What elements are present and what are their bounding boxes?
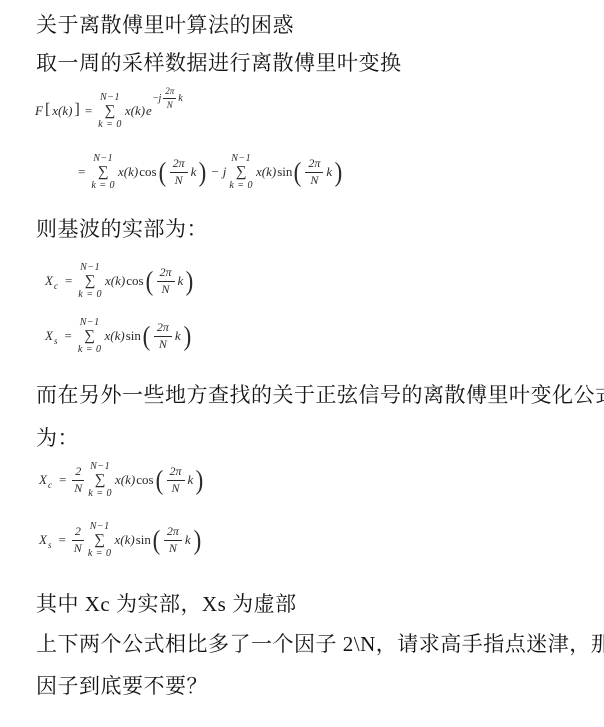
sum-upper-limit: N−1 (80, 262, 100, 274)
math-var-j: j (223, 164, 227, 180)
left-paren: ( (155, 467, 163, 494)
sigma-symbol: ∑ (236, 165, 247, 180)
fraction-2-N: 2 N (72, 465, 84, 496)
right-bracket: ] (74, 101, 79, 119)
document-page: 关于离散傅里叶算法的困惑 取一周的采样数据进行离散傅里叶变换 F [ x(k) … (0, 0, 604, 727)
math-var-xk: x(k) (105, 273, 125, 289)
right-paren: ) (183, 323, 191, 350)
sin-function: sin (136, 532, 151, 548)
equals-sign: = (58, 532, 65, 548)
xc-xs-note: 其中 Xc 为实部，Xs 为虚部 (36, 588, 297, 618)
sigma-symbol: ∑ (105, 104, 116, 119)
fraction-numerator: 2π (170, 157, 188, 173)
sigma-symbol: ∑ (98, 165, 109, 180)
summation: N−1 ∑ k = 0 (88, 521, 112, 559)
subscript-s: s (48, 540, 52, 550)
summation: N−1 ∑ k = 0 (229, 153, 253, 191)
left-bracket: [ (45, 101, 50, 119)
sum-upper-limit: N−1 (231, 153, 251, 165)
math-var-xk: x(k) (115, 472, 135, 488)
sin-function: sin (277, 164, 292, 180)
real-part-label: 则基波的实部为： (36, 213, 208, 243)
sum-lower-limit: k = 0 (78, 344, 102, 356)
fraction-denominator: N (159, 337, 167, 352)
fraction-2pi-N: 2π N (164, 525, 182, 556)
minus-sign: − (211, 164, 218, 180)
equals-sign: = (85, 103, 92, 119)
fraction-denominator: N (310, 173, 318, 188)
formula-xc: X c = N−1 ∑ k = 0 x(k) cos ( 2π N k ) (44, 262, 195, 300)
sigma-symbol: ∑ (84, 329, 95, 344)
sum-upper-limit: N−1 (80, 317, 100, 329)
fraction-denominator: N (175, 173, 183, 188)
sum-lower-limit: k = 0 (88, 488, 112, 500)
fraction-numerator: 2π (154, 321, 172, 337)
math-var-k: k (175, 328, 181, 344)
formula-xs: X s = N−1 ∑ k = 0 x(k) sin ( 2π N k ) (44, 317, 193, 355)
cos-function: cos (136, 472, 153, 488)
math-var-j: j (158, 93, 161, 104)
sigma-symbol: ∑ (94, 533, 105, 548)
equals-sign: = (65, 273, 72, 289)
fraction-numerator: 2π (164, 525, 182, 541)
subscript-c: c (54, 281, 58, 291)
question-line1: 上下两个公式相比多了一个因子 2\N，请求高手指点迷津，那个 (36, 628, 604, 658)
left-paren: ( (153, 527, 161, 554)
summation: N−1 ∑ k = 0 (78, 317, 102, 355)
math-var-X: X (39, 532, 47, 548)
sum-upper-limit: N−1 (90, 521, 110, 533)
subscript-s: s (54, 336, 58, 346)
sum-lower-limit: k = 0 (88, 548, 112, 560)
sum-lower-limit: k = 0 (78, 289, 102, 301)
math-var-xk: x(k) (118, 164, 138, 180)
formula-xc-with-factor: X c = 2 N N−1 ∑ k = 0 x(k) cos ( 2π N k … (38, 461, 205, 499)
summation: N−1 ∑ k = 0 (98, 92, 122, 130)
math-var-xk: x(k) (52, 103, 72, 119)
other-formula-text-line1: 而在另外一些地方查找的关于正弦信号的离散傅里叶变化公式 (36, 379, 604, 409)
math-var-k: k (178, 93, 182, 104)
left-paren: ( (158, 159, 166, 186)
fraction-denominator: N (74, 541, 82, 556)
fraction-2-N: 2 N (72, 525, 84, 556)
right-paren: ) (186, 268, 194, 295)
fraction-numerator: 2π (157, 266, 175, 282)
math-var-X: X (45, 273, 53, 289)
equals-sign: = (59, 472, 66, 488)
math-var-F: F (35, 103, 43, 119)
left-paren: ( (294, 159, 302, 186)
sum-upper-limit: N−1 (90, 461, 110, 473)
equals-sign: = (64, 328, 71, 344)
exponent: − j 2π N k (153, 86, 183, 110)
math-var-e: e (146, 103, 152, 119)
right-paren: ) (193, 527, 201, 554)
intro-line: 取一周的采样数据进行离散傅里叶变换 (36, 47, 402, 77)
fraction-2pi-N: 2π N (305, 157, 323, 188)
left-paren: ( (143, 323, 151, 350)
fraction-numerator: 2π (305, 157, 323, 173)
right-paren: ) (335, 159, 343, 186)
math-var-xk: x(k) (256, 164, 276, 180)
summation: N−1 ∑ k = 0 (88, 461, 112, 499)
fraction-2pi-N: 2π N (163, 86, 176, 110)
sigma-symbol: ∑ (85, 274, 96, 289)
fraction-2pi-N: 2π N (170, 157, 188, 188)
math-var-k: k (185, 532, 191, 548)
right-paren: ) (199, 159, 207, 186)
fraction-numerator: 2π (167, 465, 185, 481)
summation: N−1 ∑ k = 0 (78, 262, 102, 300)
fraction-denominator: N (169, 541, 177, 556)
math-var-k: k (326, 164, 332, 180)
math-var-k: k (188, 472, 194, 488)
right-paren: ) (196, 467, 204, 494)
math-var-k: k (191, 164, 197, 180)
cos-function: cos (139, 164, 156, 180)
summation: N−1 ∑ k = 0 (91, 153, 115, 191)
math-var-xk: x(k) (115, 532, 135, 548)
subscript-c: c (48, 480, 52, 490)
math-var-X: X (45, 328, 53, 344)
sum-upper-limit: N−1 (100, 92, 120, 104)
math-var-k: k (178, 273, 184, 289)
sigma-symbol: ∑ (95, 473, 106, 488)
sum-lower-limit: k = 0 (229, 180, 253, 192)
fraction-denominator: N (162, 282, 170, 297)
fraction-numerator: 2π (163, 86, 176, 98)
fraction-2pi-N: 2π N (157, 266, 175, 297)
left-paren: ( (145, 268, 153, 295)
sum-lower-limit: k = 0 (91, 180, 115, 192)
math-var-X: X (39, 472, 47, 488)
cos-function: cos (126, 273, 143, 289)
sum-lower-limit: k = 0 (98, 119, 122, 131)
equals-sign: = (78, 164, 85, 180)
fraction-denominator: N (74, 481, 82, 496)
fraction-2pi-N: 2π N (167, 465, 185, 496)
fraction-denominator: N (172, 481, 180, 496)
math-var-xk: x(k) (105, 328, 125, 344)
fraction-numerator: 2 (72, 525, 84, 541)
fraction-2pi-N: 2π N (154, 321, 172, 352)
page-title: 关于离散傅里叶算法的困惑 (36, 9, 294, 39)
formula-dft-definition: F [ x(k) ] = N−1 ∑ k = 0 x(k) e − j 2π N… (34, 92, 183, 130)
fraction-numerator: 2 (72, 465, 84, 481)
question-line2: 因子到底要不要？ (36, 670, 208, 700)
formula-xs-with-factor: X s = 2 N N−1 ∑ k = 0 x(k) sin ( 2π N k … (38, 521, 203, 559)
fraction-denominator: N (167, 99, 173, 110)
sum-upper-limit: N−1 (93, 153, 113, 165)
other-formula-text-line2: 为： (36, 422, 79, 452)
formula-dft-expansion: = N−1 ∑ k = 0 x(k) cos ( 2π N k ) − j N−… (74, 153, 344, 191)
math-var-xk: x(k) (125, 103, 145, 119)
sin-function: sin (126, 328, 141, 344)
